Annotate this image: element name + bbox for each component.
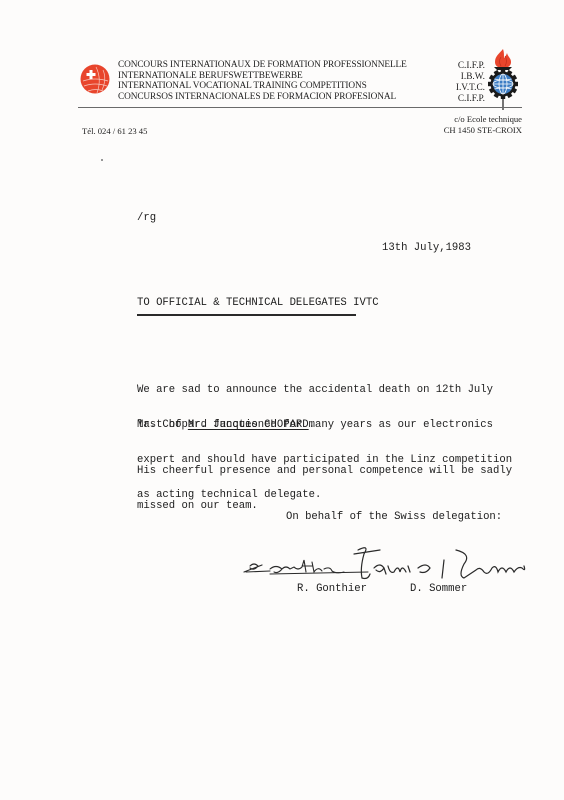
letter-date: 13th July,1983 (382, 243, 471, 255)
abbrev-spanish: C.I.F.P. (440, 94, 485, 105)
org-name-english: INTERNATIONAL VOCATIONAL TRAINING COMPET… (118, 81, 407, 92)
abbrev-french: C.I.F.P. (440, 61, 485, 72)
reference-initials: /rg (137, 213, 156, 225)
handwritten-signature-gonthier-icon (244, 560, 368, 574)
swiss-cross-globe-icon (80, 64, 110, 94)
phone-number: Tél. 024 / 61 23 45 (82, 126, 147, 136)
signatory-name-sommer: D. Sommer (410, 584, 467, 596)
paragraph-line: His cheerful presence and personal compe… (137, 466, 512, 478)
letter-subject: TO OFFICIAL & TECHNICAL DELEGATES IVTC (137, 298, 379, 310)
paragraph-line: Mr. Chopard functioned for many years as… (137, 420, 512, 432)
signatures (240, 538, 530, 584)
signatory-name-gonthier: R. Gonthier (297, 584, 367, 596)
organization-address: c/o Ecole technique CH 1450 STE-CROIX (444, 114, 522, 135)
organization-names: CONCOURS INTERNATIONAUX DE FORMATION PRO… (118, 60, 407, 102)
handwritten-signature-sommer-icon (354, 548, 525, 579)
address-line: c/o Ecole technique (444, 114, 522, 125)
letterhead-divider (78, 107, 522, 108)
org-name-spanish: CONCURSOS INTERNACIONALES DE FORMACION P… (118, 92, 407, 103)
paragraph-line: We are sad to announce the accidental de… (137, 385, 493, 397)
closing-line: On behalf of the Swiss delegation: (286, 512, 502, 524)
org-name-french: CONCOURS INTERNATIONAUX DE FORMATION PRO… (118, 60, 407, 71)
address-line: CH 1450 STE-CROIX (444, 125, 522, 136)
organization-abbreviations: C.I.F.P. I.B.W. I.V.T.C. C.I.F.P. (440, 61, 485, 105)
abbrev-english: I.V.T.C. (440, 83, 485, 94)
abbrev-german: I.B.W. (440, 72, 485, 83)
torch-gear-globe-icon (483, 47, 523, 111)
org-name-german: INTERNATIONALE BERUFSWETTBEWERBE (118, 71, 407, 82)
paper-speck (101, 159, 103, 161)
subject-underline (137, 314, 356, 316)
